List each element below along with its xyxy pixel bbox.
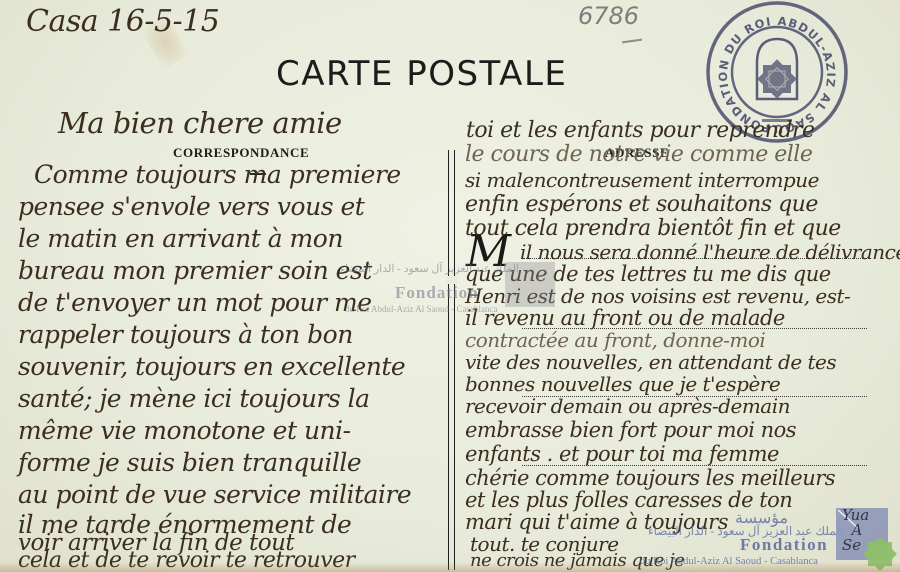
inventory-number: 6786: [578, 2, 639, 30]
watermark-subtitle: du Roi Abdul-Aziz Al Saoud - Casablanca: [345, 304, 497, 314]
letter-line: si malencontreusement interrompue: [465, 168, 819, 192]
letter-line: enfants . et pour toi ma femme: [465, 442, 779, 466]
letter-line: il nous sera donné l'heure de délivrance: [520, 240, 900, 264]
letter-line: au point de vue service militaire: [18, 480, 411, 509]
letter-line: Comme toujours ma premiere: [34, 160, 401, 189]
letter-line: santé; je mène ici toujours la: [18, 384, 370, 413]
letter-line: tout cela prendra bientôt fin et que: [465, 216, 841, 241]
letter-line: contractée au front, donne-moi: [465, 328, 765, 352]
letter-line: vite des nouvelles, en attendant de tes: [465, 350, 836, 374]
letter-line: embrasse bien fort pour moi nos: [465, 418, 796, 442]
letter-line: bonnes nouvelles que je t'espère: [465, 372, 780, 396]
vertical-divider: [448, 150, 455, 570]
letter-line: le matin en arrivant à mon: [18, 224, 343, 253]
inventory-underline: [622, 39, 642, 44]
letter-line: souvenir, toujours en excellente: [18, 352, 405, 381]
letter-line: rappeler toujours à ton bon: [18, 320, 353, 349]
section-label-correspondance: CORRESPONDANCE: [173, 145, 309, 161]
watermark-logo-square: [505, 262, 555, 307]
letter-line: pensee s'envole vers vous et: [18, 192, 364, 221]
handwritten-date: Casa 16-5-15: [26, 4, 219, 39]
salutation: Ma bien chere amie: [58, 106, 342, 140]
letter-line: même vie monotone et uni-: [18, 416, 351, 445]
postcard-title: CARTE POSTALE: [276, 54, 567, 94]
letter-line: chérie comme toujours les meilleurs: [465, 466, 835, 490]
foundation-name: Fondation: [740, 535, 828, 555]
postcard: Casa 16-5-15 6786 CARTE POSTALE FONDATIO…: [0, 0, 900, 572]
letter-line: recevoir demain ou après-demain: [465, 394, 790, 418]
letter-line: de t'envoyer un mot pour me: [18, 288, 372, 317]
letter-line: il revenu au front ou de malade: [465, 306, 785, 330]
letter-line: forme je suis bien tranquille: [18, 448, 361, 477]
watermark-name: Fondation: [395, 283, 479, 303]
watermark-arabic: الملك عبد العزيز آل سعود - الدار البيضاء: [340, 262, 519, 275]
letter-line: toi et les enfants pour reprendre: [466, 118, 815, 143]
letter-line: le cours de notre vie comme elle: [465, 142, 812, 167]
corner-handwriting: Yua A Se: [842, 508, 869, 553]
letter-line: enfin espérons et souhaitons que: [465, 192, 818, 217]
letter-line: cela et de te revoir te retrouver: [18, 548, 355, 572]
foundation-subtitle: du Roi Abdul-Aziz Al Saoud - Casablanca: [640, 556, 818, 567]
letter-line: bureau mon premier soin est: [18, 256, 372, 285]
